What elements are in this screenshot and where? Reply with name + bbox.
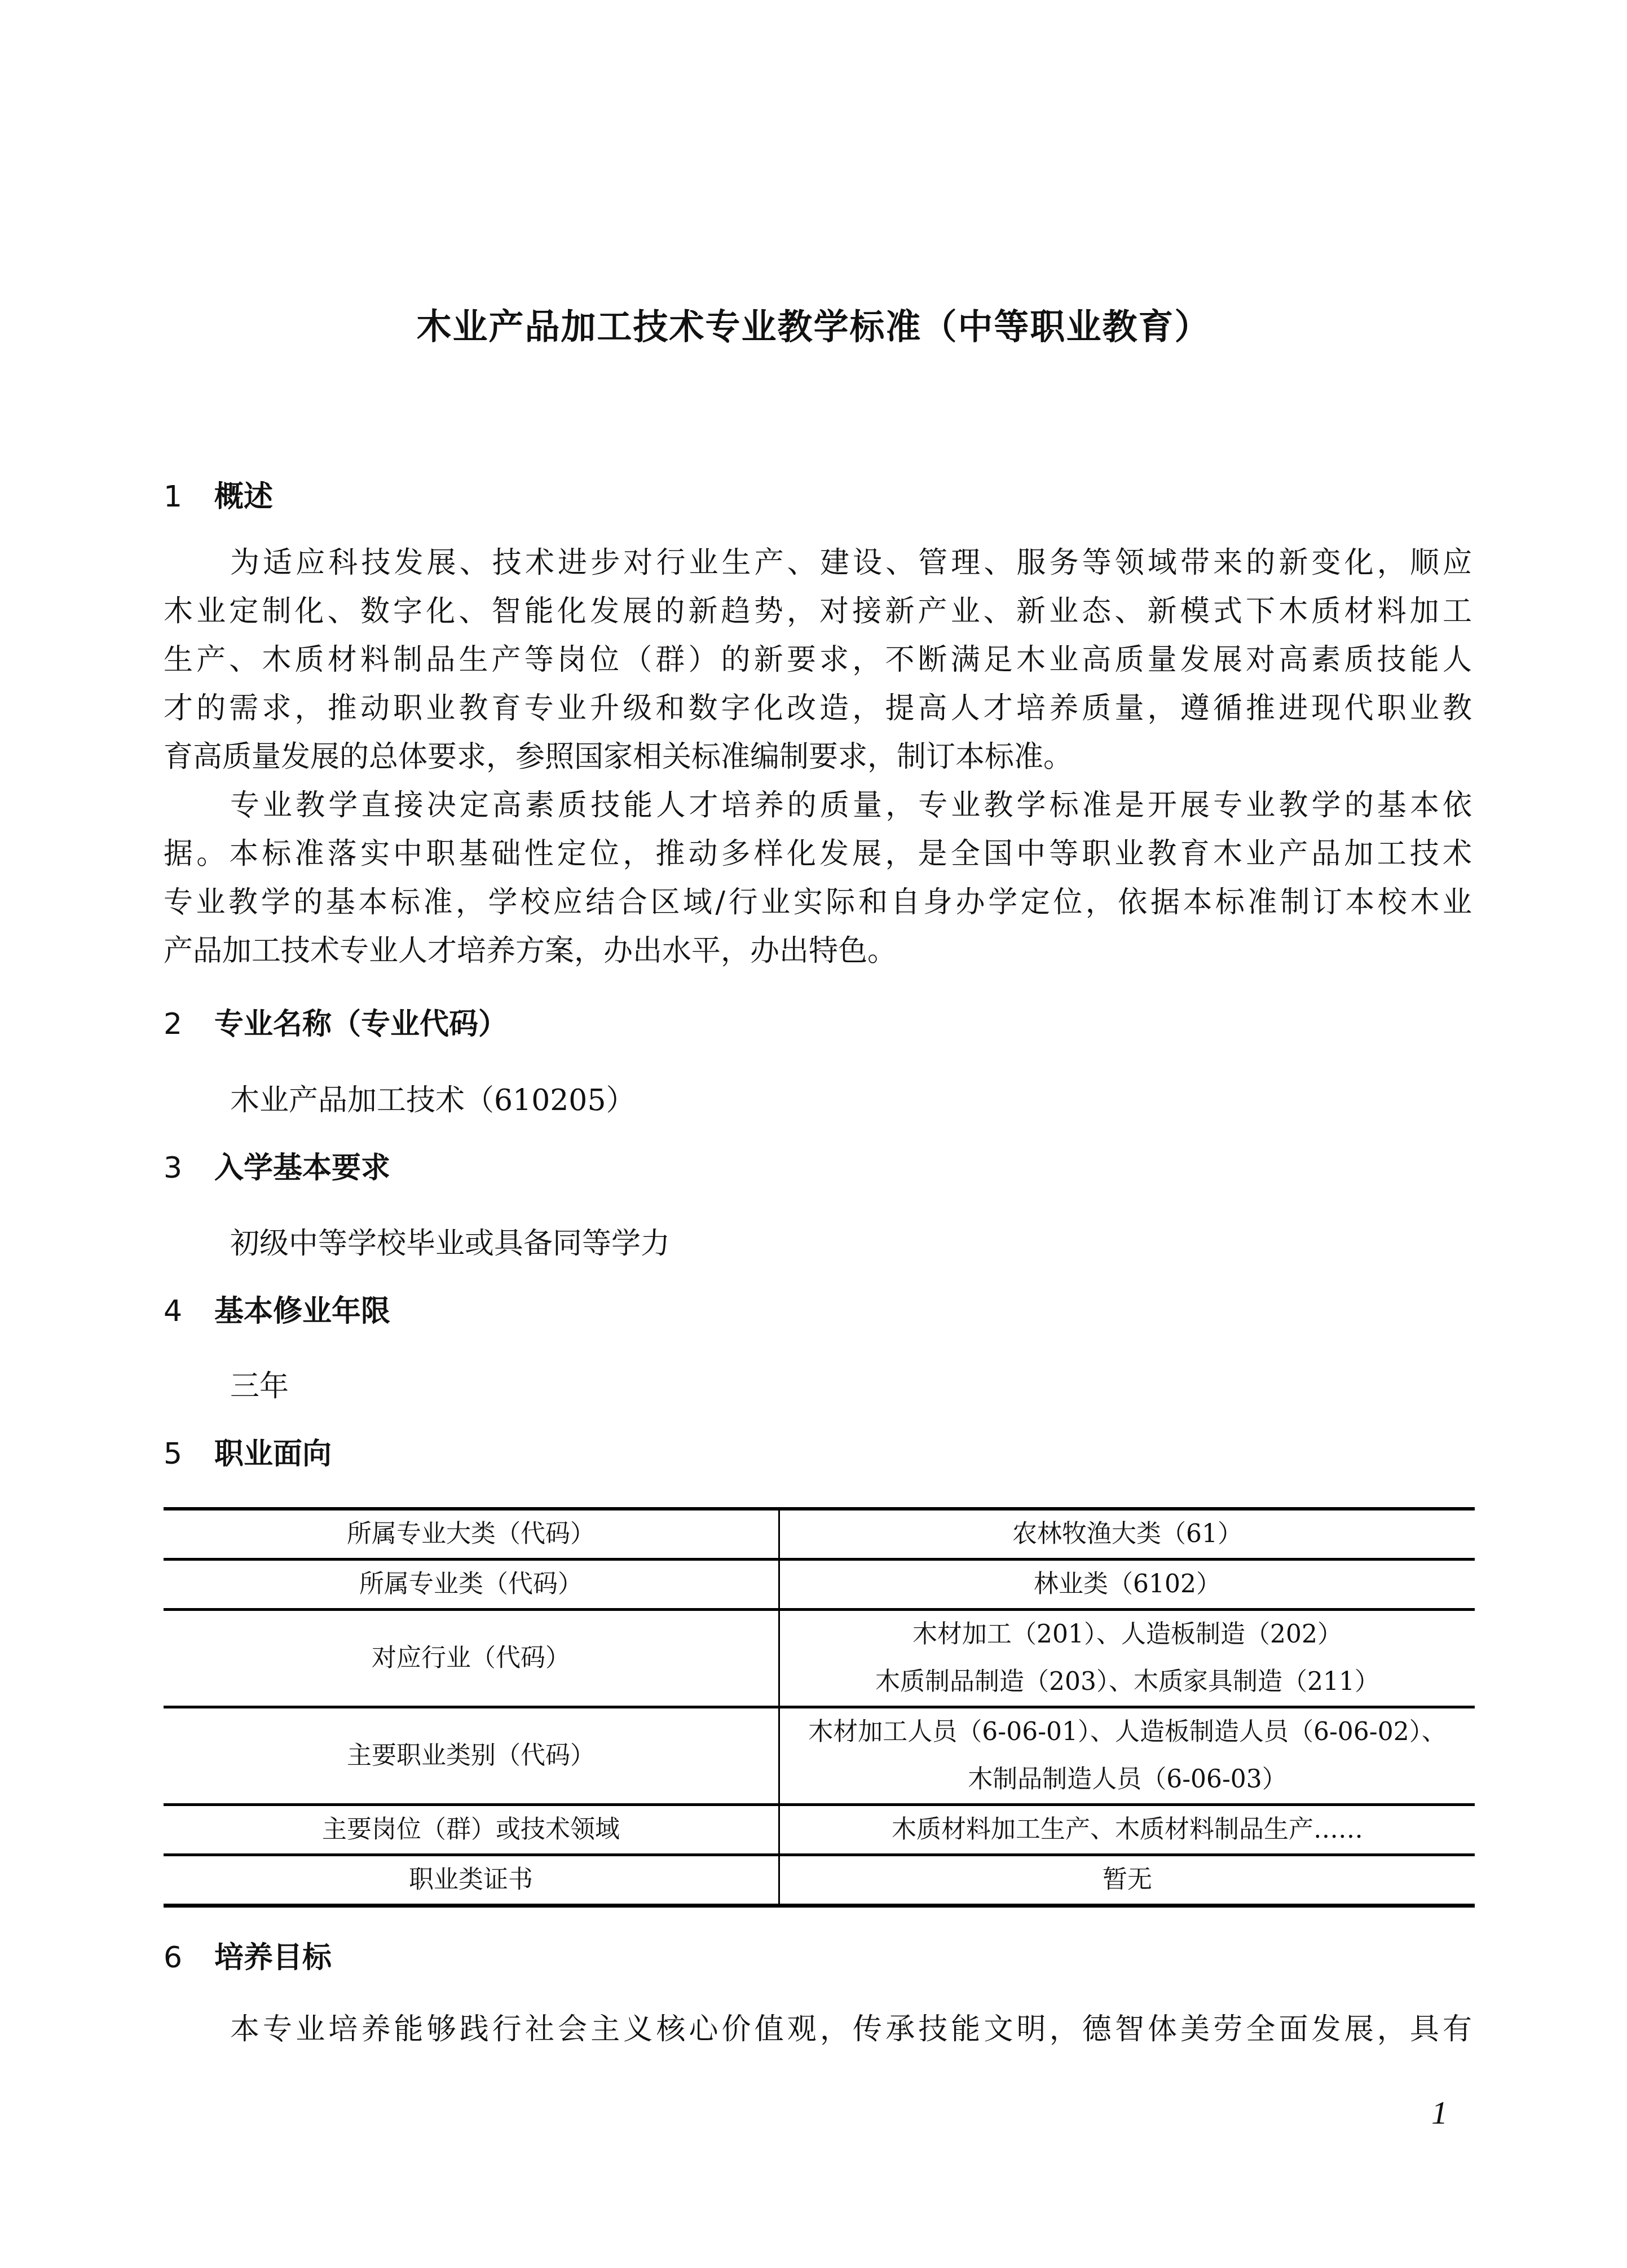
section-heading-3: 3入学基本要求 <box>164 1144 390 1186</box>
table-cell-label: 职业类证书 <box>164 1855 779 1906</box>
table-cell-value: 木质材料加工生产、木质材料制品生产…… <box>779 1805 1475 1855</box>
section-heading-4: 4基本修业年限 <box>164 1287 390 1329</box>
table-cell-value: 农林牧渔大类（61） <box>779 1509 1475 1560</box>
cell-line: 木材加工人员（6-06-01）、人造板制造人员（6-06-02）、 <box>780 1708 1475 1756</box>
section-title: 培养目标 <box>214 1941 332 1975</box>
table-row: 所属专业大类（代码） 农林牧渔大类（61） <box>164 1509 1475 1560</box>
cell-line: 农林牧渔大类（61） <box>780 1510 1475 1558</box>
table-cell-label: 所属专业大类（代码） <box>164 1509 779 1560</box>
table-cell-label: 主要岗位（群）或技术领域 <box>164 1805 779 1855</box>
section-heading-1: 1概述 <box>164 473 273 515</box>
table-row: 主要职业类别（代码） 木材加工人员（6-06-01）、人造板制造人员（6-06-… <box>164 1707 1475 1805</box>
paragraph-line: 产品加工技术专业人才培养方案，办出水平，办出特色。 <box>164 927 1472 975</box>
cell-line: 木材加工（201）、人造板制造（202） <box>780 1611 1475 1658</box>
paragraph-line: 育高质量发展的总体要求，参照国家相关标准编制要求，制订本标准。 <box>164 733 1472 781</box>
table-row: 对应行业（代码） 木材加工（201）、人造板制造（202） 木质制品制造（203… <box>164 1610 1475 1707</box>
paragraph-line: 才的需求，推动职业教育专业升级和数字化改造，提高人才培养质量，遵循推进现代职业教 <box>164 684 1472 733</box>
paragraph-line: 为适应科技发展、技术进步对行业生产、建设、管理、服务等领域带来的新变化，顺应 <box>164 539 1472 587</box>
cell-line: 暂无 <box>780 1856 1475 1904</box>
paragraph-line: 生产、木质材料制品生产等岗位（群）的新要求，不断满足木业高质量发展对高素质技能人 <box>164 636 1472 684</box>
major-name-code: 木业产品加工技术（610205） <box>230 1076 636 1118</box>
paragraph-line: 据。本标准落实中职基础性定位，推动多样化发展，是全国中等职业教育木业产品加工技术 <box>164 830 1472 878</box>
training-goal-paragraph: 本专业培养能够践行社会主义核心价值观，传承技能文明，德智体美劳全面发展，具有 <box>164 2005 1472 2054</box>
table-row: 所属专业类（代码） 林业类（6102） <box>164 1560 1475 1610</box>
table-cell-label: 对应行业（代码） <box>164 1610 779 1707</box>
section-title: 入学基本要求 <box>214 1151 390 1185</box>
section-heading-5: 5职业面向 <box>164 1430 332 1472</box>
document-page: 木业产品加工技术专业教学标准（中等职业教育） 1概述 为适应科技发展、技术进步对… <box>0 0 1627 2268</box>
paragraph-line: 专业教学直接决定高素质技能人才培养的质量，专业教学标准是开展专业教学的基本依 <box>164 781 1472 830</box>
section-number: 6 <box>164 1941 214 1975</box>
table-cell-value: 木材加工（201）、人造板制造（202） 木质制品制造（203）、木质家具制造（… <box>779 1610 1475 1707</box>
cell-line: 木质材料加工生产、木质材料制品生产…… <box>780 1806 1475 1853</box>
paragraph-line: 木业定制化、数字化、智能化发展的新趋势，对接新产业、新业态、新模式下木质材料加工 <box>164 587 1472 636</box>
table-cell-value: 木材加工人员（6-06-01）、人造板制造人员（6-06-02）、 木制品制造人… <box>779 1707 1475 1805</box>
admission-requirement: 初级中等学校毕业或具备同等学力 <box>230 1219 670 1262</box>
table-cell-value: 林业类（6102） <box>779 1560 1475 1610</box>
document-title: 木业产品加工技术专业教学标准（中等职业教育） <box>0 299 1627 349</box>
page-number: 1 <box>1431 2094 1448 2132</box>
section-title: 职业面向 <box>214 1437 332 1471</box>
overview-paragraph-1: 为适应科技发展、技术进步对行业生产、建设、管理、服务等领域带来的新变化，顺应 木… <box>164 539 1472 781</box>
section-number: 4 <box>164 1294 214 1328</box>
overview-paragraph-2: 专业教学直接决定高素质技能人才培养的质量，专业教学标准是开展专业教学的基本依 据… <box>164 781 1472 975</box>
paragraph-line: 本专业培养能够践行社会主义核心价值观，传承技能文明，德智体美劳全面发展，具有 <box>164 2005 1472 2054</box>
section-number: 2 <box>164 1007 214 1041</box>
section-number: 3 <box>164 1151 214 1185</box>
table-cell-label: 主要职业类别（代码） <box>164 1707 779 1805</box>
section-title: 基本修业年限 <box>214 1294 390 1328</box>
table-cell-label: 所属专业类（代码） <box>164 1560 779 1610</box>
section-heading-2: 2专业名称（专业代码） <box>164 1000 508 1042</box>
table-cell-value: 暂无 <box>779 1855 1475 1906</box>
table-row: 主要岗位（群）或技术领域 木质材料加工生产、木质材料制品生产…… <box>164 1805 1475 1855</box>
study-duration: 三年 <box>230 1362 289 1404</box>
cell-line: 林业类（6102） <box>780 1561 1475 1608</box>
section-title: 概述 <box>214 480 273 514</box>
cell-line: 木制品制造人员（6-06-03） <box>780 1756 1475 1803</box>
section-heading-6: 6培养目标 <box>164 1934 332 1976</box>
section-title: 专业名称（专业代码） <box>214 1007 508 1041</box>
paragraph-line: 专业教学的基本标准，学校应结合区域/行业实际和自身办学定位，依据本标准制订本校木… <box>164 878 1472 927</box>
occupation-table: 所属专业大类（代码） 农林牧渔大类（61） 所属专业类（代码） 林业类（6102… <box>164 1507 1475 1908</box>
cell-line: 木质制品制造（203）、木质家具制造（211） <box>780 1658 1475 1706</box>
section-number: 1 <box>164 480 214 514</box>
table-row: 职业类证书 暂无 <box>164 1855 1475 1906</box>
section-number: 5 <box>164 1437 214 1471</box>
